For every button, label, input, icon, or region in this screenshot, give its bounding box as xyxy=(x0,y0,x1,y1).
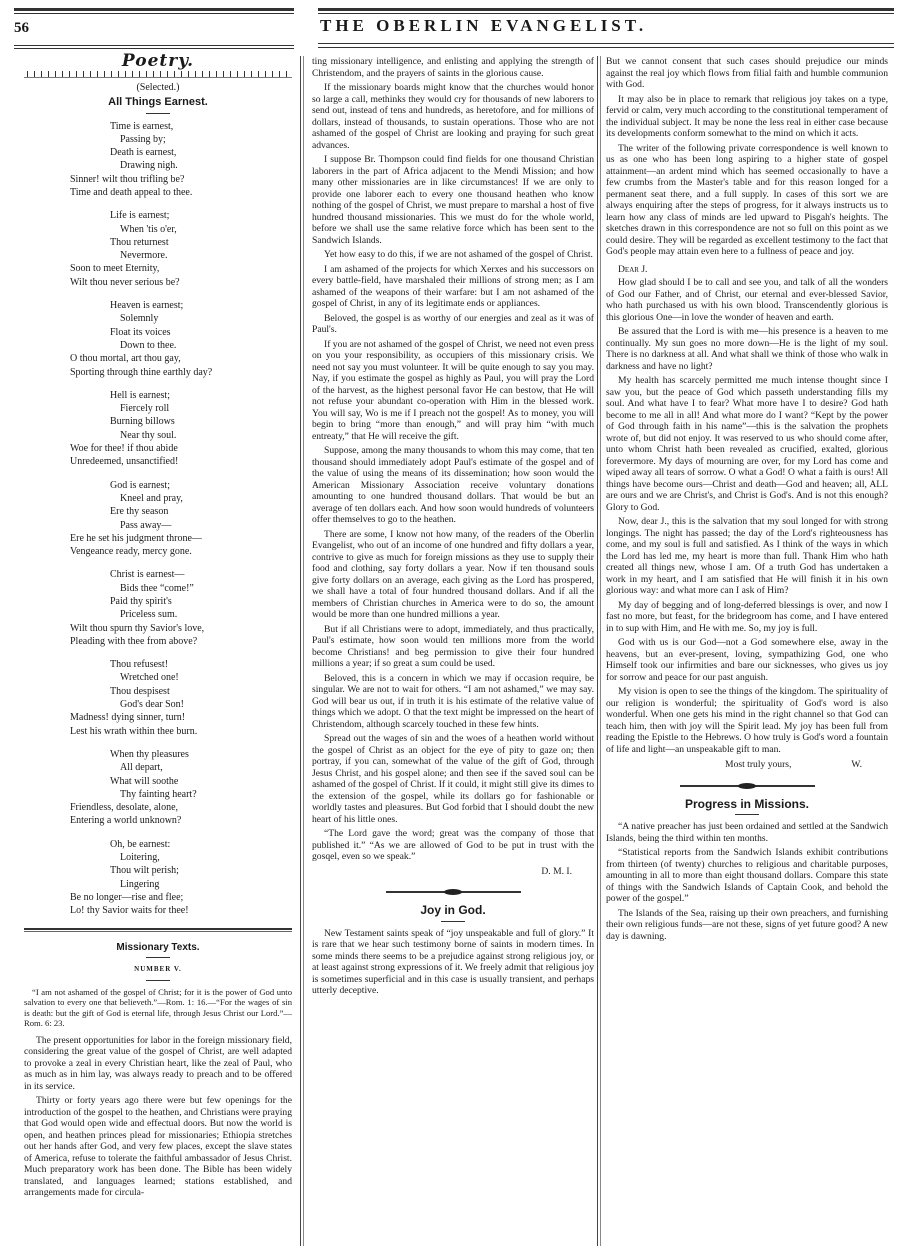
poem-line: Lo! thy Savior waits for thee! xyxy=(24,904,292,917)
paragraph: Yet how easy to do this, if we are not a… xyxy=(312,249,594,261)
poem-line: Sinner! wilt thou trifling be? xyxy=(24,173,292,186)
poem-title: All Things Earnest. xyxy=(24,97,292,109)
poem-line: Heaven is earnest; xyxy=(24,299,292,312)
header-rule-left xyxy=(14,8,294,11)
masthead-title: THE OBERLIN EVANGELIST. xyxy=(320,16,900,36)
poem-line: Priceless sum. xyxy=(24,608,292,621)
column-divider-left xyxy=(300,56,301,1246)
paragraph: Beloved, the gospel is as worthy of our … xyxy=(312,313,594,336)
letter-signature: W. xyxy=(851,759,862,771)
poem-line: Entering a world unknown? xyxy=(24,814,292,827)
column-divider-left-b xyxy=(303,56,304,1246)
paragraph: The Islands of the Sea, raising up their… xyxy=(606,908,888,943)
paragraph: New Testament saints speak of “joy unspe… xyxy=(312,928,594,997)
masthead-underline-left xyxy=(14,45,294,46)
poem-line: Soon to meet Eternity, xyxy=(24,262,292,275)
header-rule-right xyxy=(318,8,894,11)
poem-line: Lingering xyxy=(24,878,292,891)
poem-stanza: Oh, be earnest:Loitering,Thou wilt peris… xyxy=(24,838,292,918)
paragraph: But if all Christians were to adopt, imm… xyxy=(312,624,594,670)
poem-line: Thy fainting heart? xyxy=(24,788,292,801)
poem-line: Lest his wrath within thee burn. xyxy=(24,725,292,738)
paragraph: “The Lord gave the word; great was the c… xyxy=(312,828,594,863)
poem-line: Paid thy spirit's xyxy=(24,595,292,608)
poem-line: Thou despisest xyxy=(24,685,292,698)
poem-line: Unredeemed, unsanctified! xyxy=(24,455,292,468)
poem-line: Sporting through thine earthly day? xyxy=(24,366,292,379)
paragraph: ting missionary intelligence, and enlist… xyxy=(312,56,594,79)
poem-body: Time is earnest,Passing by;Death is earn… xyxy=(24,120,292,918)
column-divider-right-b xyxy=(600,56,601,1246)
poem-line: Wretched one! xyxy=(24,671,292,684)
title-rule xyxy=(146,980,170,981)
masthead-underline-left-2 xyxy=(14,48,294,49)
header-rule-left-thin xyxy=(14,13,294,14)
poem-line: Loitering, xyxy=(24,851,292,864)
poem-line: Time and death appeal to thee. xyxy=(24,186,292,199)
left-column: Poetry. (Selected.) All Things Earnest. … xyxy=(24,56,292,1202)
scripture-epigraph: “I am not ashamed of the gospel of Chris… xyxy=(24,987,292,1029)
poem-line: Kneel and pray, xyxy=(24,492,292,505)
poem-line: Float its voices xyxy=(24,326,292,339)
poem-line: Passing by; xyxy=(24,133,292,146)
column-divider-right xyxy=(597,56,598,1246)
poem-stanza: When thy pleasuresAll depart,What will s… xyxy=(24,748,292,828)
poem-stanza: Christ is earnest—Bids thee “come!”Paid … xyxy=(24,568,292,648)
title-rule xyxy=(735,814,759,815)
poem-line: Nevermore. xyxy=(24,249,292,262)
letter-paragraph: God with us is our God—not a God somewhe… xyxy=(606,637,888,683)
poem-line: Christ is earnest— xyxy=(24,568,292,581)
poem-line: Ere he set his judgment throne— xyxy=(24,532,292,545)
author-signature: D. M. I. xyxy=(312,866,594,878)
paragraph: The writer of the following private corr… xyxy=(606,143,888,258)
letter-paragraph: My day of begging and of long-deferred b… xyxy=(606,600,888,635)
letter-paragraph: My health has scarcely permitted me much… xyxy=(606,375,888,513)
page-number: 56 xyxy=(14,20,29,37)
letter-salutation: Dear J. xyxy=(618,264,888,276)
masthead-underline-right xyxy=(318,43,894,44)
poem-line: Thou wilt perish; xyxy=(24,864,292,877)
missionary-number: NUMBER V. xyxy=(24,964,292,976)
poem-line: Time is earnest, xyxy=(24,120,292,133)
paragraph: But we cannot consent that such cases sh… xyxy=(606,56,888,91)
letter-paragraph: Be assured that the Lord is with me—his … xyxy=(606,326,888,372)
poem-stanza: Hell is earnest;Fiercely rollBurning bil… xyxy=(24,389,292,469)
missionary-texts-title: Missionary Texts. xyxy=(24,942,292,954)
poem-line: Hell is earnest; xyxy=(24,389,292,402)
paragraph: “Statistical reports from the Sandwich I… xyxy=(606,847,888,905)
title-rule xyxy=(146,113,170,114)
section-divider xyxy=(24,928,292,932)
paragraph: Suppose, among the many thousands to who… xyxy=(312,445,594,526)
ornamental-divider xyxy=(680,785,815,787)
poem-line: When thy pleasures xyxy=(24,748,292,761)
poem-line: Life is earnest; xyxy=(24,209,292,222)
poem-line: Wilt thou spurn thy Savior's love, xyxy=(24,622,292,635)
poem-line: Bids thee “come!” xyxy=(24,582,292,595)
poem-line: Ere thy season xyxy=(24,505,292,518)
poem-stanza: Thou refusest!Wretched one!Thou despises… xyxy=(24,658,292,738)
paragraph: The present opportunities for labor in t… xyxy=(24,1035,292,1093)
poem-line: When 'tis o'er, xyxy=(24,223,292,236)
ornamental-divider xyxy=(386,891,521,893)
poem-line: Oh, be earnest: xyxy=(24,838,292,851)
middle-column: ting missionary intelligence, and enlist… xyxy=(312,56,594,1000)
poem-line: All depart, xyxy=(24,761,292,774)
poetry-section-header: Poetry. xyxy=(24,56,292,68)
right-column: But we cannot consent that such cases sh… xyxy=(606,56,888,945)
letter-closing: Most truly yours, W. xyxy=(606,759,888,771)
letter-paragraph: How glad should I be to call and see you… xyxy=(606,277,888,323)
progress-in-missions-title: Progress in Missions. xyxy=(606,799,888,811)
poem-stanza: Heaven is earnest;SolemnlyFloat its voic… xyxy=(24,299,292,379)
poem-line: Fiercely roll xyxy=(24,402,292,415)
poem-line: Pleading with thee from above? xyxy=(24,635,292,648)
masthead-underline-right-2 xyxy=(318,47,894,48)
poem-line: O thou mortal, art thou gay, xyxy=(24,352,292,365)
poem-line: Woe for thee! if thou abide xyxy=(24,442,292,455)
selected-note: (Selected.) xyxy=(24,82,292,94)
poem-stanza: God is earnest;Kneel and pray,Ere thy se… xyxy=(24,479,292,559)
poem-line: Death is earnest, xyxy=(24,146,292,159)
poem-line: Thou refusest! xyxy=(24,658,292,671)
paragraph: Thirty or forty years ago there were but… xyxy=(24,1095,292,1199)
title-rule xyxy=(146,957,170,958)
closing-phrase: Most truly yours, xyxy=(725,759,791,771)
poem-line: Be no longer—rise and flee; xyxy=(24,891,292,904)
title-rule xyxy=(441,921,465,922)
letter-paragraph: My vision is open to see the things of t… xyxy=(606,686,888,755)
poem-line: Vengeance ready, mercy gone. xyxy=(24,545,292,558)
paragraph: Beloved, this is a concern in which we m… xyxy=(312,673,594,731)
paragraph: “A native preacher has just been ordaine… xyxy=(606,821,888,844)
joy-in-god-title: Joy in God. xyxy=(312,905,594,917)
poem-line: What will soothe xyxy=(24,775,292,788)
wavy-divider xyxy=(24,71,292,78)
poem-line: Pass away— xyxy=(24,519,292,532)
poem-line: Solemnly xyxy=(24,312,292,325)
paragraph: I am ashamed of the projects for which X… xyxy=(312,264,594,310)
poem-line: Friendless, desolate, alone, xyxy=(24,801,292,814)
poem-line: Down to thee. xyxy=(24,339,292,352)
paragraph: I suppose Br. Thompson could find fields… xyxy=(312,154,594,246)
poem-line: Burning billows xyxy=(24,415,292,428)
paragraph: There are some, I know not how many, of … xyxy=(312,529,594,621)
poem-stanza: Life is earnest;When 'tis o'er,Thou retu… xyxy=(24,209,292,289)
poem-stanza: Time is earnest,Passing by;Death is earn… xyxy=(24,120,292,200)
paragraph: If you are not ashamed of the gospel of … xyxy=(312,339,594,443)
paragraph: It may also be in place to remark that r… xyxy=(606,94,888,140)
poem-line: Drawing nigh. xyxy=(24,159,292,172)
poem-line: God is earnest; xyxy=(24,479,292,492)
poem-line: Madness! dying sinner, turn! xyxy=(24,711,292,724)
poem-line: Thou returnest xyxy=(24,236,292,249)
header-rule-right-thin xyxy=(318,13,894,14)
poem-line: Near thy soul. xyxy=(24,429,292,442)
poem-line: God's dear Son! xyxy=(24,698,292,711)
paragraph: Spread out the wages of sin and the woes… xyxy=(312,733,594,825)
letter-paragraph: Now, dear J., this is the salvation that… xyxy=(606,516,888,597)
paragraph: If the missionary boards might know that… xyxy=(312,82,594,151)
poem-line: Wilt thou never serious be? xyxy=(24,276,292,289)
